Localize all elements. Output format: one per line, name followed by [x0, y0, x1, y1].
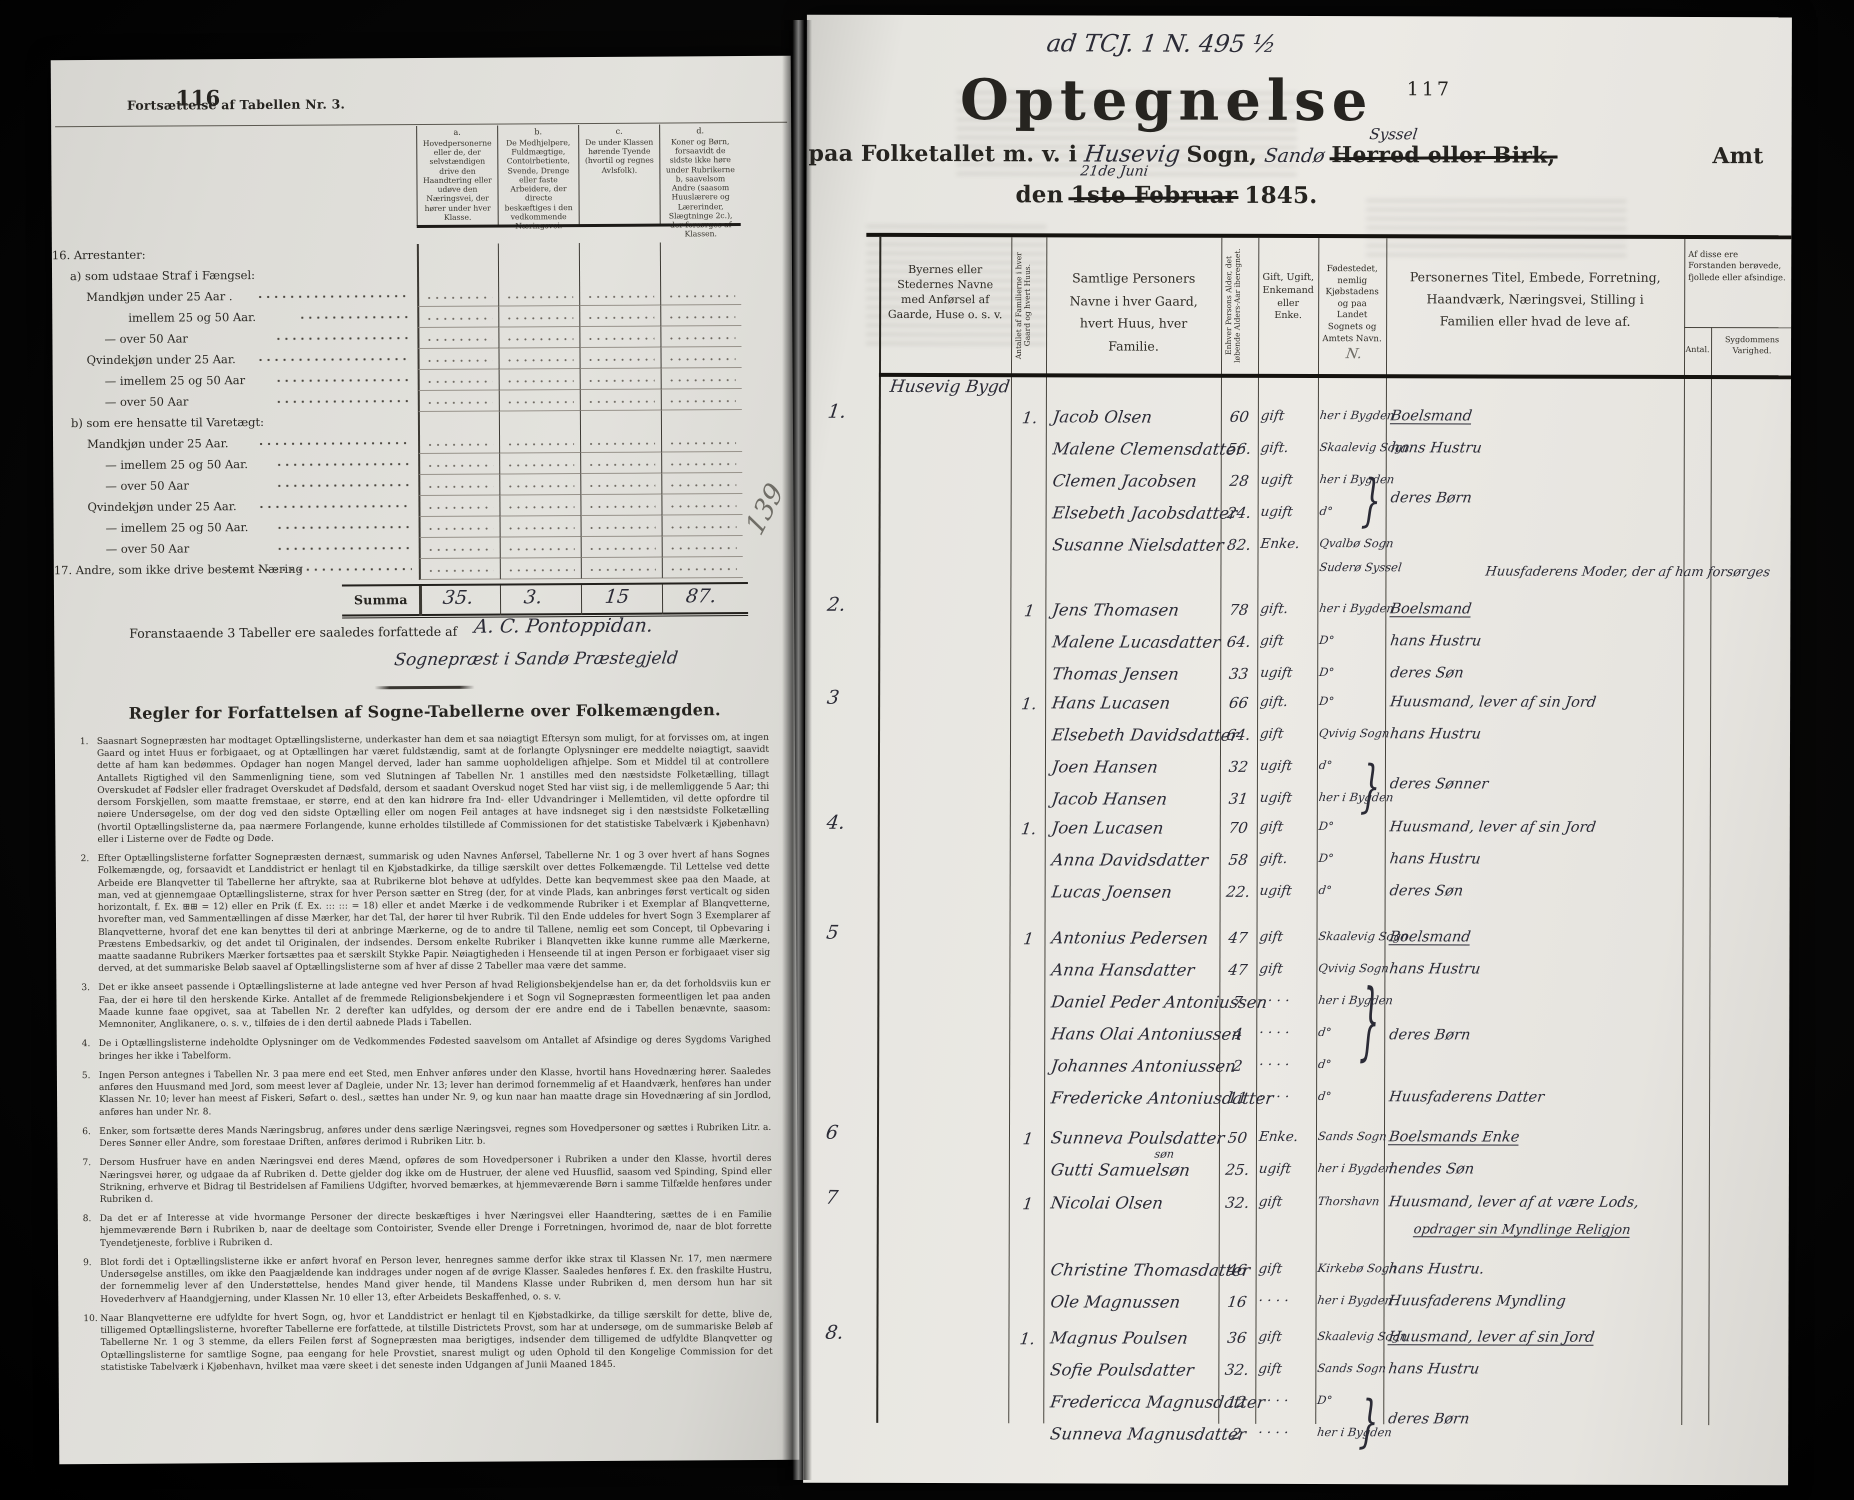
table-cell	[579, 264, 660, 285]
census-row: Thomas Jensen33ugiftD°deres Søn	[805, 664, 1790, 697]
grouping-brace: }	[1360, 755, 1382, 821]
rule-text: Saasnart Sognepræsten har modtaget Optæl…	[97, 733, 770, 845]
rule-item-8: 8.Da det er af Interesse at vide hvorman…	[100, 1209, 772, 1250]
person-status: ugift	[1259, 883, 1318, 899]
dotted-leader	[257, 437, 411, 450]
person-occupation: Huusmand, lever af sin Jord	[1389, 819, 1597, 836]
person-status: ugift	[1259, 758, 1318, 774]
brace-group-label: deres Børn	[1387, 1411, 1470, 1427]
census-row: Magnus Poulsen36giftSkaalevig SognHuusma…	[803, 1328, 1788, 1361]
rules-heading: Regler for Forfattelsen af Sogne-Tabelle…	[55, 700, 795, 724]
table-cell	[580, 453, 661, 474]
cell-dotted-line	[668, 483, 736, 487]
table-cell	[660, 242, 741, 263]
dotted-leader	[224, 563, 412, 576]
cell-dotted-line	[588, 526, 656, 530]
table-cell	[660, 284, 741, 305]
table-cell	[579, 285, 660, 306]
struck-herred-eller-birk: Herred eller Birk,	[1331, 142, 1555, 169]
person-name: Johannes Antoniussen	[1050, 1056, 1237, 1075]
rule-number: 7.	[82, 1157, 91, 1169]
cell-dotted-line	[426, 506, 493, 510]
person-occupation: hans Hustru.	[1388, 1261, 1486, 1277]
row-label: imellem 25 og 50 Aar.	[128, 310, 256, 325]
census-row: Elsebeth Davidsdatter64.giftQvivig Sognh…	[805, 725, 1790, 758]
row-label: a) som udstaae Straf i Fængsel:	[70, 268, 255, 283]
person-status: gift	[1259, 819, 1318, 835]
person-birthplace: D°	[1318, 851, 1386, 865]
inserted-date-handwritten: 21de Juni	[1080, 163, 1150, 179]
attestation-signature-title: Sognepræst i Sandø Præstegjeld	[393, 648, 679, 670]
rule-item-6: 6.Enker, som fortsætte deres Mands Nærin…	[99, 1122, 771, 1151]
person-birthplace: Skaalevig Sogn	[1318, 929, 1386, 943]
row-label: — over 50 Aar	[105, 478, 189, 493]
cell-dotted-line	[587, 463, 655, 467]
table-cell	[499, 411, 580, 432]
person-birthplace: Qvalbø Sogn	[1319, 536, 1387, 550]
person-name: Gutti Samuelsønsøn	[1050, 1160, 1191, 1179]
rule-text: Ingen Person antegnes i Tabellen Nr. 3 p…	[99, 1067, 771, 1118]
person-age: 56.	[1220, 440, 1259, 458]
person-occupation: deres Søn	[1389, 883, 1464, 899]
col-header-text: Hovedpersonerne eller de, der selvstændi…	[423, 138, 492, 221]
table-cell	[418, 412, 499, 433]
row-label: Mandkjøn under 25 Aar.	[87, 436, 228, 451]
person-occupation-line2: opdrager sin Myndlinge Religjon	[1413, 1222, 1632, 1238]
table-cell	[579, 348, 660, 369]
person-age: 24.	[1219, 504, 1258, 522]
census-row: Malene Clemensdatter56.gift.Skaalevig So…	[806, 439, 1791, 472]
rule-item-7: 7.Dersom Husfruer have en anden Næringsv…	[99, 1153, 771, 1206]
rule-item-5: 5.Ingen Person antegnes i Tabellen Nr. 3…	[99, 1066, 771, 1119]
journal-number-note: ad TCJ. 1 N. 495 ½	[1045, 29, 1278, 58]
attestation-printed: Foranstaaende 3 Tabeller ere saaledes fo…	[129, 624, 457, 641]
table-cell	[579, 243, 660, 264]
col-letter: c.	[582, 127, 656, 137]
table-cell	[418, 454, 499, 475]
person-status: gift	[1259, 929, 1318, 945]
rule-number: 5.	[82, 1070, 91, 1082]
person-name: Joen Lucasen	[1051, 818, 1165, 837]
census-row: Nicolai Olsen32.giftThorshavnHuusmand, l…	[804, 1193, 1789, 1226]
person-status: gift	[1259, 633, 1318, 649]
table-cell	[499, 369, 580, 390]
person-age: 32.	[1218, 1194, 1257, 1212]
rule-item-9: 9.Blot fordi det i Optællingslisterne ik…	[100, 1253, 772, 1306]
cell-dotted-line	[669, 546, 737, 550]
person-occupation: Huusfaderens Datter	[1388, 1089, 1545, 1105]
person-age: 82.	[1219, 536, 1258, 554]
cell-dotted-line	[426, 401, 493, 405]
table-cell	[498, 306, 579, 327]
cell-dotted-line	[587, 358, 655, 362]
table-cell	[417, 286, 498, 307]
person-occupation: Huusmand, lever af sin Jord	[1389, 694, 1597, 711]
dotted-leader	[275, 479, 411, 492]
grouping-brace: }	[1358, 1390, 1380, 1456]
cell-dotted-line	[587, 484, 655, 488]
cell-dotted-line	[668, 399, 736, 403]
person-status: · · · ·	[1258, 1089, 1317, 1105]
table-cell	[662, 557, 743, 578]
rule-number: 8.	[83, 1213, 92, 1225]
summa-value: 87.	[685, 585, 718, 607]
person-status: · · · ·	[1257, 1393, 1316, 1409]
attestation-signature: A. C. Pontoppidan.	[473, 615, 654, 638]
rule-text: Naar Blanqvetterne ere udfyldte for hver…	[100, 1310, 772, 1373]
cell-dotted-line	[588, 568, 656, 572]
census-row: Anna Hansdatter47giftQvivig Sognhans Hus…	[804, 960, 1789, 993]
row-label: — imellem 25 og 50 Aar.	[105, 457, 248, 472]
person-occupation: hans Hustru	[1389, 633, 1482, 649]
person-birthplace: her i Bygden	[1317, 1161, 1385, 1175]
table-cell	[581, 558, 662, 579]
dotted-leader	[274, 332, 410, 345]
cell-dotted-line	[426, 443, 493, 447]
person-occupation: hans Hustru	[1387, 1361, 1480, 1377]
table-cell	[500, 558, 581, 579]
cell-dotted-line	[668, 504, 736, 508]
person-occupation: Huusfaderens Myndling	[1388, 1293, 1567, 1309]
table-cell	[418, 496, 499, 517]
cell-dotted-line	[505, 316, 573, 320]
person-name: Anna Hansdatter	[1050, 960, 1195, 979]
row-label: — over 50 Aar	[106, 541, 190, 556]
inserted-correction: søn	[1154, 1148, 1175, 1161]
person-birthplace: Thorshavn	[1317, 1194, 1385, 1208]
cell-dotted-line	[667, 294, 735, 298]
person-age: 32.	[1217, 1361, 1256, 1379]
table-cell	[500, 516, 581, 537]
person-age: 64.	[1219, 726, 1258, 744]
table-cell	[499, 390, 580, 411]
cell-dotted-line	[587, 505, 655, 509]
person-status: gift	[1260, 408, 1319, 424]
person-age: 12	[1217, 1393, 1256, 1411]
cell-dotted-line	[505, 295, 573, 299]
dotted-leader	[257, 353, 411, 366]
cell-dotted-line	[668, 462, 736, 466]
cell-dotted-line	[669, 525, 737, 529]
census-row: Lucas Joensen22.ugiftd°deres Søn	[805, 882, 1790, 915]
cell-dotted-line	[425, 338, 492, 342]
person-age: 47	[1218, 929, 1257, 947]
table-cell	[498, 264, 579, 285]
person-name: Susanne Nielsdatter	[1051, 535, 1224, 554]
rule-item-1: 1.Saasnart Sognepræsten har modtaget Opt…	[97, 732, 770, 846]
table-cell	[418, 433, 499, 454]
table-cell	[499, 474, 580, 495]
person-occupation: Boelsmand	[1389, 601, 1472, 617]
header-birthplace: Fødestedet, nemlig Kjøbstadens og paa La…	[1321, 264, 1383, 345]
col-header-text: De Medhjelpere, Fuldmægtige, Contoirbeti…	[505, 138, 573, 231]
person-status: gift.	[1259, 851, 1318, 867]
cell-dotted-line	[505, 337, 573, 341]
row-label: — imellem 25 og 50 Aar	[105, 373, 246, 388]
section-divider-ornament	[375, 686, 475, 690]
summa-cell-divider	[500, 586, 501, 616]
person-status: gift.	[1259, 694, 1318, 710]
census-row: Clemen Jacobsen28ugifther i Bygden	[806, 471, 1791, 504]
person-age: 31	[1219, 790, 1258, 808]
table-cell	[581, 537, 662, 558]
summa-cell-divider	[662, 585, 663, 615]
census-row: Hans Lucasen66gift.D°Huusmand, lever af …	[805, 693, 1790, 726]
left-table-row: 17. Andre, som ikke drive bestemt Næring	[54, 557, 794, 583]
person-name: Hans Olai Antoniussen	[1050, 1024, 1243, 1043]
census-row: Christine Thomasdatter46giftKirkebø Sogn…	[804, 1260, 1789, 1293]
person-status: · · · ·	[1258, 993, 1317, 1009]
person-status: gift	[1259, 726, 1318, 742]
row-label: — imellem 25 og 50 Aar.	[106, 520, 249, 535]
cell-dotted-line	[426, 359, 493, 363]
table-cell	[580, 474, 661, 495]
cell-dotted-line	[668, 357, 736, 361]
left-table-body: 16. Arrestanter:a) som udstaae Straf i F…	[52, 242, 794, 583]
person-name: Sunneva Poulsdatter	[1050, 1128, 1226, 1147]
header-families: Antallet af Familierne i hver Gaard og h…	[1015, 245, 1042, 365]
table-cell	[661, 431, 742, 452]
subtitle-part2: Sogn,	[1187, 142, 1258, 168]
person-status: gift.	[1260, 440, 1319, 456]
header-bottom-heavy-rule	[879, 373, 1791, 379]
header-place: Byernes eller Stedernes Navne med Anførs…	[885, 263, 1005, 323]
rule-item-2: 2.Efter Optællingslisterne forfatter Sog…	[98, 849, 771, 975]
person-age: 70	[1219, 819, 1258, 837]
cell-dotted-line	[506, 505, 574, 509]
cell-dotted-line	[587, 379, 655, 383]
person-name: Sofie Poulsdatter	[1049, 1360, 1195, 1379]
cell-dotted-line	[427, 527, 494, 531]
person-occupation: Boelsmand	[1390, 408, 1473, 424]
rules-list: 1.Saasnart Sognepræsten har modtaget Opt…	[97, 732, 773, 1381]
person-age: 36	[1217, 1329, 1256, 1347]
census-row: Gutti Samuelsønsøn25.ugifther i Bygdenhe…	[804, 1160, 1789, 1193]
summa-value: 35.	[442, 587, 475, 609]
person-occupation: Boelsmand	[1389, 929, 1472, 945]
census-row: Anna Davidsdatter58gift.D°hans Hustru	[805, 850, 1790, 883]
left-col-header-c: c.De under Klassen hørende Tyende (hvort…	[578, 125, 660, 225]
table-cell	[499, 453, 580, 474]
table-cell	[660, 263, 741, 284]
person-birthplace: Sands Sogn	[1317, 1361, 1385, 1375]
census-row: Elsebeth Jacobsdatter24.ugiftd°	[806, 503, 1791, 536]
cell-dotted-line	[427, 548, 494, 552]
table-cell	[580, 432, 661, 453]
district-name-handwritten: Sandø	[1263, 145, 1326, 167]
person-age: 58	[1219, 851, 1258, 869]
rule-number: 6.	[82, 1126, 91, 1138]
summa-cell-divider	[419, 586, 422, 616]
person-status: · · · ·	[1258, 1057, 1317, 1073]
table-cell	[498, 327, 579, 348]
insane-subheader-rule	[1684, 327, 1791, 328]
table-cell	[579, 306, 660, 327]
cell-dotted-line	[426, 464, 493, 468]
person-age: 78	[1219, 601, 1258, 619]
census-row: Fredericca Magnusdatter12· · · ·D°	[803, 1392, 1788, 1425]
person-birthplace: d°	[1317, 1089, 1385, 1103]
cell-dotted-line	[427, 569, 494, 573]
person-status: Enke.	[1258, 1129, 1317, 1145]
person-occupation: hans Hustru	[1389, 726, 1482, 742]
cell-dotted-line	[426, 380, 493, 384]
dotted-leader	[257, 500, 411, 513]
table-cell	[498, 348, 579, 369]
rule-number: 9.	[83, 1257, 92, 1269]
table-cell	[499, 495, 580, 516]
person-birthplace: her i Bygden	[1317, 1293, 1385, 1307]
census-row: Fredericke Antoniusdatter11· · · ·d°Huus…	[804, 1088, 1789, 1121]
census-row: Jens Thomasen78gift.her i BygdenBoelsman…	[805, 600, 1790, 633]
table-cell	[581, 516, 662, 537]
cell-dotted-line	[425, 296, 492, 300]
person-status: gift	[1258, 961, 1317, 977]
census-row: Joen Lucasen70giftD°Huusmand, lever af s…	[805, 818, 1790, 851]
summa-row: Summa 35.3.1587.	[54, 582, 794, 621]
rule-number: 10.	[83, 1313, 97, 1325]
table-cell	[500, 537, 581, 558]
rule-number: 2.	[81, 853, 90, 865]
table-cell	[418, 475, 499, 496]
dotted-leader	[256, 290, 410, 303]
row-label: — over 50 Aar	[105, 394, 189, 409]
rule-number: 3.	[81, 983, 90, 995]
subtitle-line: paa Folketallet m. v. i Husevig Sogn, Sa…	[809, 141, 1794, 170]
table-cell	[419, 538, 500, 559]
dotted-leader	[276, 521, 412, 534]
person-occupation: hans Hustru	[1389, 851, 1482, 867]
census-row: Malene Lucasdatter64.giftD°hans Hustru	[805, 632, 1790, 665]
date-year: 1845.	[1244, 182, 1317, 209]
person-birthplace: Skaalevig Sogn	[1319, 440, 1387, 454]
table-cell	[417, 349, 498, 370]
inserted-syssel-handwritten: Syssel	[1368, 125, 1418, 143]
census-row: Hans Olai Antoniussen4· · · ·d°	[804, 1024, 1789, 1057]
person-status: · · · ·	[1258, 1293, 1317, 1309]
census-row: Sunneva Magnusdatter2· · · ·her i Bygden	[803, 1424, 1788, 1457]
summa-cell-divider	[581, 585, 582, 615]
person-occupation: deres Søn	[1389, 665, 1464, 681]
cell-dotted-line	[506, 400, 574, 404]
rule-number: 4.	[82, 1038, 91, 1050]
person-status: gift	[1258, 1194, 1317, 1210]
rule-text: Enker, som fortsætte deres Mands Nærings…	[99, 1123, 771, 1149]
date-line: den 21de Juni 1ste Februar 1845.	[806, 181, 1526, 210]
person-name: Elsebeth Jacobsdatter	[1051, 503, 1238, 522]
person-occupation: hendes Søn	[1388, 1161, 1475, 1177]
cell-dotted-line	[668, 378, 736, 382]
table-cell	[661, 452, 742, 473]
table-cell	[661, 494, 742, 515]
person-age: 16	[1217, 1293, 1256, 1311]
table-cell	[661, 473, 742, 494]
person-birthplace: her i Bygden	[1318, 601, 1386, 615]
person-name: Malene Lucasdatter	[1051, 632, 1221, 651]
table-cell	[417, 307, 498, 328]
table-cell	[419, 559, 500, 580]
person-status: ugift	[1258, 1161, 1317, 1177]
person-name: Anna Davidsdatter	[1051, 850, 1210, 869]
person-name: Malene Clemensdatter	[1052, 439, 1245, 458]
pencil-mark: N.	[1345, 346, 1363, 362]
table-cell	[417, 265, 498, 286]
person-name: Joen Hansen	[1051, 757, 1159, 776]
table-cell	[661, 368, 742, 389]
cell-dotted-line	[506, 379, 574, 383]
person-name: Clemen Jacobsen	[1052, 471, 1198, 490]
summa-value: 15	[604, 586, 631, 608]
person-name: Magnus Poulsen	[1049, 1328, 1189, 1347]
subtitle-part1: paa Folketallet m. v. i	[809, 141, 1078, 168]
table-cell	[662, 536, 743, 557]
rule-text: Da det er af Interesse at vide hvormange…	[100, 1210, 772, 1249]
person-status: ugift	[1260, 472, 1319, 488]
person-name: Thomas Jensen	[1051, 664, 1180, 683]
table-cell	[499, 432, 580, 453]
person-name: Nicolai Olsen	[1050, 1193, 1165, 1212]
rule-number: 1.	[80, 736, 89, 748]
person-birthplace: Skaalevig Sogn	[1317, 1329, 1385, 1343]
person-birthplace: her i Bygden	[1319, 408, 1387, 422]
table-cell	[660, 347, 741, 368]
row-label: b) som ere hensatte til Varetægt:	[71, 415, 264, 430]
person-birthplace: D°	[1318, 633, 1386, 647]
person-age: 2	[1218, 1057, 1257, 1075]
person-status: gift	[1257, 1329, 1316, 1345]
table-continuation-title: Fortsættelse af Tabellen Nr. 3.	[111, 96, 361, 113]
cell-dotted-line	[425, 317, 492, 321]
amt-label: Amt	[1712, 143, 1763, 169]
person-birthplace: Qvivig Sogn	[1318, 726, 1386, 740]
col-header-text: De under Klassen hørende Tyende (hvortil…	[585, 137, 654, 174]
place-entry: Husevig Bygd	[889, 377, 1011, 397]
person-occupation-line2: Huusfaderens Moder, der af ham forsørges	[1485, 564, 1771, 580]
table-cell	[580, 495, 661, 516]
table-cell	[661, 389, 742, 410]
person-age: 60	[1220, 408, 1259, 426]
cell-dotted-line	[506, 358, 574, 362]
rule-item-3: 3.Det er ikke anseet passende i Optællin…	[98, 978, 770, 1031]
person-status: Enke.	[1260, 536, 1319, 552]
person-age: 46	[1218, 1261, 1257, 1279]
census-row: Sunneva Poulsdatter50Enke.Sands SognBoel…	[804, 1128, 1789, 1161]
person-age: 33	[1219, 665, 1258, 683]
table-cell	[580, 411, 661, 432]
row-label: — over 50 Aar	[104, 331, 188, 346]
census-table: Byernes eller Stedernes Navne med Anførs…	[807, 15, 1792, 18]
rule-text: Blot fordi det i Optællingslisterne ikke…	[100, 1254, 772, 1305]
census-row: Jacob Olsen60gifther i BygdenBoelsmand	[806, 407, 1791, 440]
header-age: Enhver Persons Alder, det løbende Alders…	[1225, 246, 1254, 366]
person-age: 28	[1220, 472, 1259, 490]
rule-text: Dersom Husfruer have en anden Næringsvei…	[99, 1154, 771, 1205]
cell-dotted-line	[587, 400, 655, 404]
table-cell	[579, 327, 660, 348]
person-occupation: Huusmand, lever af at være Lods,	[1388, 1194, 1640, 1211]
person-occupation: Huusmand, lever af sin Jord	[1387, 1329, 1595, 1346]
cell-dotted-line	[506, 463, 574, 467]
dotted-leader	[275, 395, 411, 408]
header-insane-duration: Sygdommens Varighed.	[1713, 335, 1791, 357]
person-age: 4	[1218, 1025, 1257, 1043]
person-age: 11	[1218, 1089, 1257, 1107]
table-cell	[660, 305, 741, 326]
photographed-census-book: 116 Fortsættelse af Tabellen Nr. 3. a.Ho…	[0, 0, 1854, 1500]
table-cell	[418, 370, 499, 391]
right-page-117: ad TCJ. 1 N. 495 ½ 117 Optegnelse paa Fo…	[803, 15, 1792, 1486]
col-letter: a.	[420, 128, 494, 138]
